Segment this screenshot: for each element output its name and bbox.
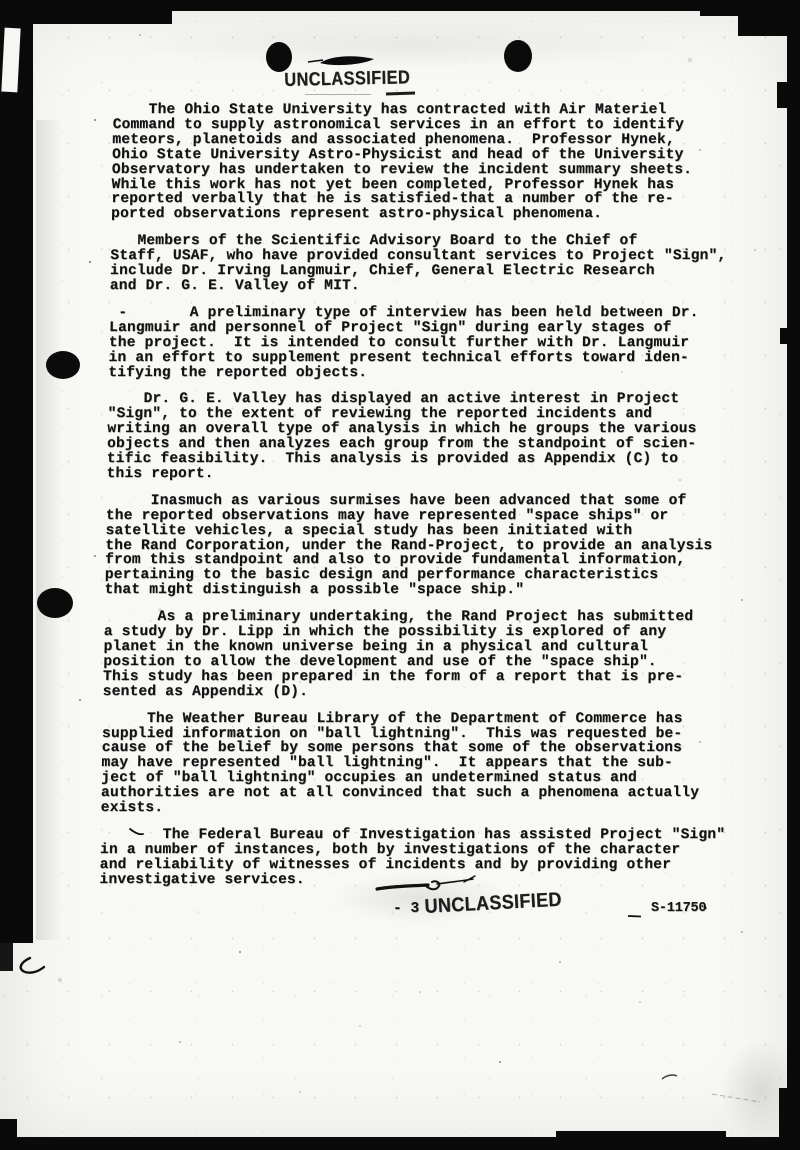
scan-edge-right-blob [780, 328, 800, 344]
page-number: - 3 [393, 901, 419, 917]
pen-dash-icon [628, 916, 641, 917]
document-paragraph: Dr. G. E. Valley has displayed an active… [106, 392, 768, 481]
scan-edge-right [787, 0, 800, 1150]
scan-edge-bottom [556, 1131, 726, 1150]
scan-edge-bottom [0, 1119, 17, 1150]
document-body: The Ohio State University has contracted… [99, 103, 773, 900]
document-paragraph: As a preliminary undertaking, the Rand P… [103, 610, 765, 699]
document-paragraph: The Ohio State University has contracted… [111, 103, 773, 222]
pen-hook-icon [21, 958, 44, 973]
pen-mark-icon [712, 1094, 760, 1102]
document-paragraph: Inasmuch as various surmises have been a… [104, 494, 766, 598]
document-paragraph: Members of the Scientific Advisory Board… [110, 234, 771, 294]
classification-stamp-top: UNCLASSIFIED [284, 67, 410, 92]
scan-haze [150, 22, 670, 68]
pen-smear-icon [320, 56, 374, 65]
document-paragraph: - A preliminary type of interview has be… [108, 306, 769, 381]
scan-edge-left-notch [1, 28, 20, 93]
scan-edge-top-left [0, 0, 172, 24]
scan-haze [36, 120, 62, 940]
punch-hole [266, 42, 292, 72]
scan-edge-left-nub [0, 943, 13, 971]
punch-hole [37, 588, 73, 618]
pen-smear-icon [308, 60, 323, 62]
stamp-underline [305, 94, 371, 95]
scan-edge-right-blob [777, 82, 800, 108]
pen-mark-icon [662, 1075, 677, 1079]
scan-edge-left [0, 8, 33, 943]
stamp-underline [386, 91, 415, 95]
punch-hole [504, 40, 532, 72]
document-paragraph: The Federal Bureau of Investigation has … [99, 828, 760, 888]
document-paragraph: The Weather Bureau Library of the Depart… [101, 712, 763, 816]
scanned-document-page: The Ohio State University has contracted… [0, 0, 800, 1150]
document-number: S-11750 [651, 901, 706, 916]
punch-hole [46, 351, 80, 379]
